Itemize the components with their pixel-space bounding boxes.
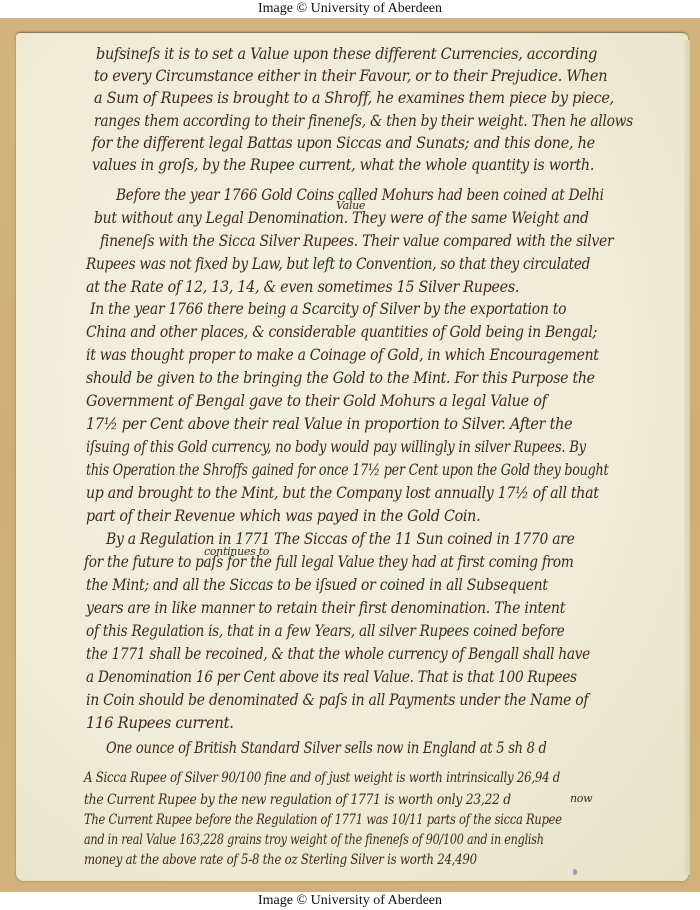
manuscript-line: part of their Revenue which was payed in… [86,506,480,526]
manuscript-line: the Mint; and all the Siccas to be iſsue… [86,575,548,595]
manuscript-line: at the Rate of 12, 13, 14, & even someti… [86,277,519,297]
manuscript-line: a Denomination 16 per Cent above its rea… [86,667,577,687]
page-edge [684,40,690,875]
manuscript-line: to every Circumstance either in their Fa… [94,66,607,86]
manuscript-line: should be given to the bringing the Gold… [86,368,595,388]
manuscript-line: iſsuing of this Gold currency, no body w… [86,437,586,457]
manuscript-line: A Sicca Rupee of Silver 90/100 fine and … [84,768,560,788]
manuscript-line: a Sum of Rupees is brought to a Shroff, … [94,88,614,108]
manuscript-line: but without any Legal Denomination. They… [94,208,589,228]
manuscript-line: By a Regulation in 1771 The Siccas of th… [106,529,575,549]
manuscript-line: One ounce of British Standard Silver sel… [106,738,547,758]
manuscript-line: years are in like manner to retain their… [86,598,565,618]
manuscript-line: up and brought to the Mint, but the Comp… [86,483,599,503]
manuscript-line: it was thought proper to make a Coinage … [86,345,599,365]
manuscript-line: Rupees was not fixed by Law, but left to… [86,254,590,274]
manuscript-line: this Operation the Shroffs gained for on… [86,460,608,480]
manuscript-line: the 1771 shall be recoined, & that the w… [86,644,590,664]
manuscript-line: in Coin should be denominated & paſs in … [86,690,588,710]
manuscript-line: China and other places, & considerable q… [86,322,597,342]
manuscript-line: bufsineſs it is to set a Value upon thes… [96,44,597,64]
manuscript-line: of this Regulation is, that in a few Yea… [86,621,564,641]
manuscript-line: Government of Bengal gave to their Gold … [86,391,547,411]
manuscript-line: The Current Rupee before the Regulation … [84,810,562,830]
manuscript-line: 116 Rupees current. [86,713,234,733]
manuscript-line: In the year 1766 there being a Scarcity … [90,299,566,319]
manuscript-line: money at the above rate of 5-8 the oz St… [84,850,477,870]
manuscript-line: fineneſs with the Sicca Silver Rupees. T… [100,231,613,251]
manuscript-line: for the different legal Battas upon Sicc… [92,133,595,153]
ink-blot [573,869,577,875]
copyright-caption-top: Image © University of Aberdeen [0,0,700,18]
inserted-word-now: now [570,792,592,805]
manuscript-line: for the future to paſs for the full lega… [84,552,574,572]
manuscript-line: 17½ per Cent above their real Value in p… [86,414,572,434]
manuscript-line: ranges them according to their fineneſs,… [94,111,633,131]
manuscript-line: values in groſs, by the Rupee current, w… [92,155,594,175]
manuscript-line: the Current Rupee by the new regulation … [84,790,511,810]
copyright-caption-bottom: Image © University of Aberdeen [0,892,700,910]
manuscript-line: and in real Value 163,228 grains troy we… [84,830,544,850]
